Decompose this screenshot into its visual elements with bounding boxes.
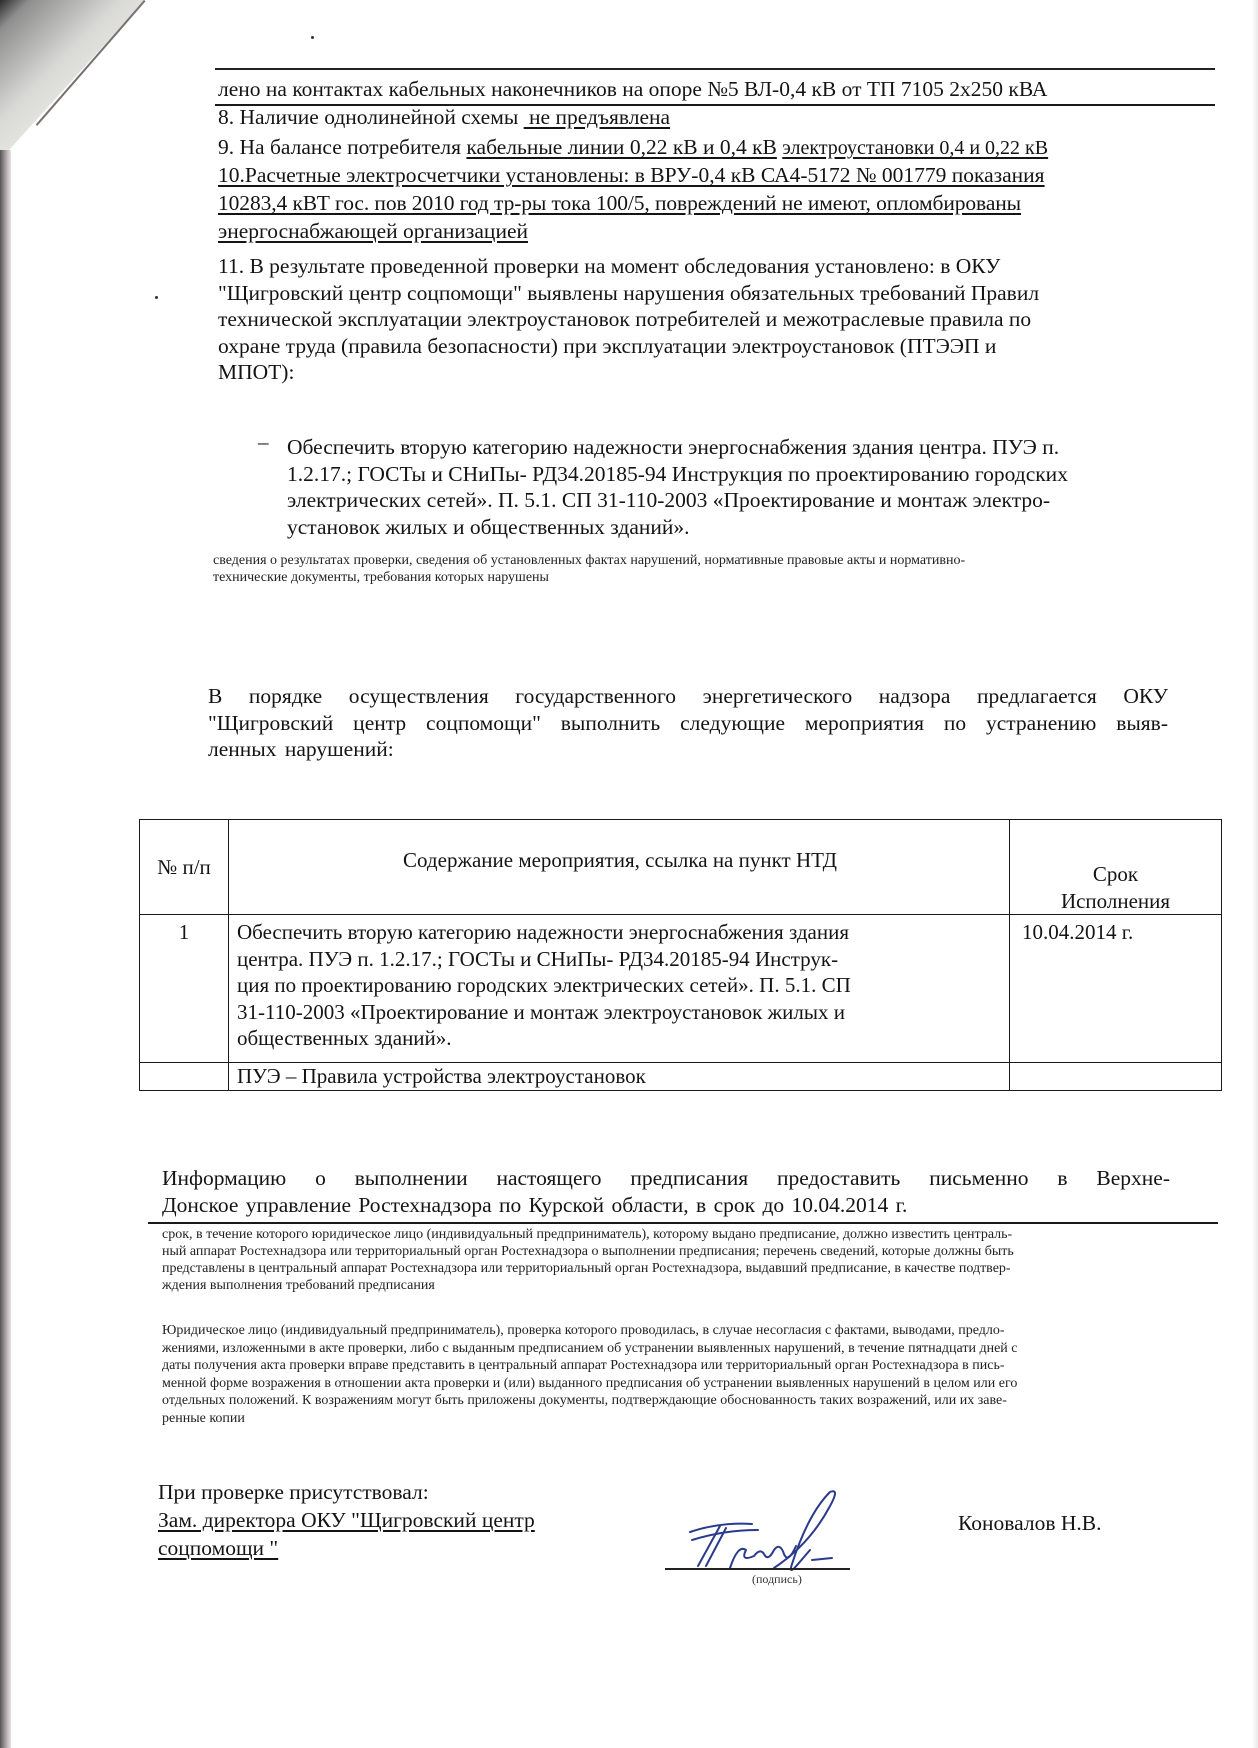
- bullet-line: 1.2.17.; ГОСТы и СНиПы- РД34.20185-94 Ин…: [287, 461, 1207, 488]
- bullet-line: Обеспечить вторую категорию надежности э…: [287, 434, 1207, 461]
- row-deadline: [1010, 1063, 1222, 1091]
- item-8-value-text: не предъявлена: [529, 105, 670, 129]
- item-9-label: 9. На балансе потребителя: [218, 135, 461, 159]
- objection-note-line: даты получения акта проверки вправе пред…: [162, 1357, 1197, 1375]
- item-11-line: охране труда (правила безопасности) при …: [218, 333, 1178, 360]
- objection-note-line: ренные копии: [162, 1410, 1197, 1428]
- table-header-row: № п/п Содержание мероприятия, ссылка на …: [140, 820, 1222, 915]
- continued-text-line: лено на контактах кабельных наконечников…: [218, 76, 1047, 102]
- proposal-paragraph: В порядке осуществления государственного…: [208, 683, 1168, 763]
- objection-note-line: менной форме возражения в отношении акта…: [162, 1375, 1197, 1393]
- deadline-caption-line: ждения выполнения требований предписания: [162, 1277, 1197, 1294]
- item-10-line-3: энергоснабжающей организацией: [218, 218, 528, 244]
- objection-note-line: жениями, изложенными в акте проверки, ли…: [162, 1340, 1197, 1358]
- item-10-line-1: 10.Расчетные электросчетчики установлены…: [218, 162, 1045, 188]
- info-line: Информацию о выполнении настоящего предп…: [162, 1165, 1170, 1192]
- proposal-line: ленных нарушений:: [208, 736, 1168, 763]
- proposal-line: В порядке осуществления государственного…: [208, 683, 1168, 710]
- bullet-line: электрических сетей». П. 5.1. СП 31-110-…: [287, 487, 1207, 514]
- objection-note-line: отдельных положений. К возражениям могут…: [162, 1392, 1197, 1410]
- header-deadline-line: Исполнения: [1010, 888, 1221, 915]
- results-caption-line: технические документы, требования которы…: [213, 569, 965, 586]
- row-num: 1: [140, 915, 229, 1063]
- scan-speck: [311, 36, 314, 39]
- deadline-caption-line: представлены в центральный аппарат Росте…: [162, 1260, 1197, 1277]
- deadline-caption-line: срок, в течение которого юридическое лиц…: [162, 1226, 1197, 1243]
- presence-block: При проверке присутствовал: Зам. директо…: [158, 1478, 535, 1562]
- item-11-line: 11. В результате проведенной проверки на…: [218, 253, 1178, 280]
- item-8-label: 8. Наличие однолинейной схемы: [218, 105, 518, 129]
- table-row: 1 Обеспечить вторую категорию надежности…: [140, 915, 1222, 1063]
- info-paragraph: Информацию о выполнении настоящего предп…: [162, 1165, 1170, 1218]
- row-content-line: общественных зданий».: [237, 1025, 1003, 1052]
- scan-speck: [155, 296, 158, 299]
- row-content: ПУЭ – Правила устройства электроустаново…: [229, 1063, 1010, 1091]
- row-content-line: ПУЭ – Правила устройства электроустаново…: [237, 1063, 1003, 1090]
- item-11-line: технической эксплуатации электроустаново…: [218, 306, 1178, 333]
- deadline-caption: срок, в течение которого юридическое лиц…: [162, 1226, 1197, 1294]
- info-underline: [148, 1222, 1218, 1224]
- scan-right-edge: [1252, 0, 1258, 1748]
- table-row: ПУЭ – Правила устройства электроустаново…: [140, 1063, 1222, 1091]
- continued-text: лено на контактах кабельных наконечников…: [218, 77, 1047, 101]
- measures-table: № п/п Содержание мероприятия, ссылка на …: [139, 819, 1222, 1091]
- results-caption: сведения о результатах проверки, сведени…: [213, 552, 965, 586]
- signature-line: [665, 1568, 850, 1570]
- presence-position: соцпомощи ": [158, 1534, 535, 1562]
- bullet-dash: –: [258, 430, 269, 455]
- presence-title: При проверке присутствовал:: [158, 1478, 535, 1506]
- top-rule: [215, 68, 1215, 70]
- violation-bullet: Обеспечить вторую категорию надежности э…: [287, 434, 1207, 540]
- presence-position: Зам. директора ОКУ "Щигровский центр: [158, 1506, 535, 1534]
- proposal-line: "Щигровский центр соцпомощи" выполнить с…: [208, 710, 1168, 737]
- item-8: 8. Наличие однолинейной схемы не предъяв…: [218, 104, 724, 130]
- row-content-line: центра. ПУЭ п. 1.2.17.; ГОСТы и СНиПы- Р…: [237, 946, 1003, 973]
- signature-label: (подпись): [752, 1572, 802, 1587]
- item-11-line: "Щигровский центр соцпомощи" выявлены на…: [218, 280, 1178, 307]
- results-caption-line: сведения о результатах проверки, сведени…: [213, 552, 965, 569]
- item-9-value-1: кабельные линии 0,22 кВ и 0,4 кВ: [466, 135, 776, 159]
- item-11-line: МПОТ):: [218, 359, 1178, 386]
- header-deadline: Срок Исполнения: [1010, 820, 1222, 915]
- signatory-name: Коновалов Н.В.: [958, 1510, 1102, 1537]
- row-content-line: 31-110-2003 «Проектирование и монтаж эле…: [237, 999, 1003, 1026]
- objection-note-line: Юридическое лицо (индивидуальный предпри…: [162, 1322, 1197, 1340]
- info-line: Донское управление Ростехнадзора по Курс…: [162, 1192, 1170, 1219]
- objection-note: Юридическое лицо (индивидуальный предпри…: [162, 1322, 1197, 1427]
- item-10-line-2: 10283,4 кВТ гос. пов 2010 год тр-ры тока…: [218, 190, 1021, 216]
- header-content: Содержание мероприятия, ссылка на пункт …: [229, 820, 1010, 915]
- deadline-caption-line: ный аппарат Ростехнадзора или территориа…: [162, 1243, 1197, 1260]
- row-deadline: 10.04.2014 г.: [1010, 915, 1222, 1063]
- scan-left-edge: [0, 150, 11, 1748]
- item-9: 9. На балансе потребителя кабельные лини…: [218, 134, 1048, 161]
- item-9-value-2: электроустановки 0,4 и 0,22 кВ: [782, 137, 1048, 159]
- header-deadline-line: Срок: [1010, 861, 1221, 888]
- bullet-line: установок жилых и общественных зданий».: [287, 514, 1207, 541]
- row-content-line: Обеспечить вторую категорию надежности э…: [237, 919, 1003, 946]
- row-content-line: ция по проектированию городских электрич…: [237, 972, 1003, 999]
- item-8-value: не предъявлена: [524, 104, 724, 130]
- header-num: № п/п: [140, 820, 229, 915]
- item-11: 11. В результате проведенной проверки на…: [218, 253, 1178, 386]
- row-content: Обеспечить вторую категорию надежности э…: [229, 915, 1010, 1063]
- row-num: [140, 1063, 229, 1091]
